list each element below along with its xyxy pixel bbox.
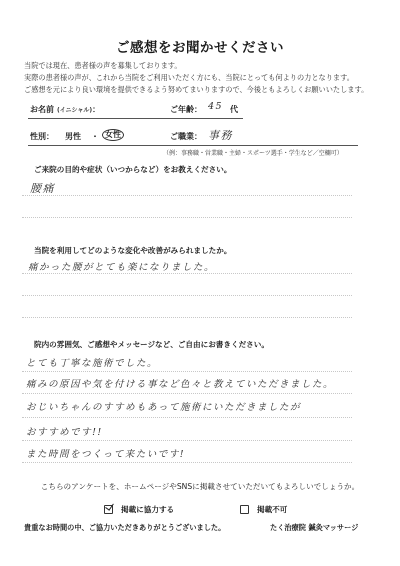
answer-line xyxy=(22,195,352,196)
consent-decline-label: 掲載不可 xyxy=(257,505,287,514)
answer-line xyxy=(22,217,352,218)
answer-line xyxy=(22,371,352,372)
question-1-answer-line-1[interactable]: 腰痛 xyxy=(30,180,55,196)
gender-separator: ・ xyxy=(91,131,99,142)
occupation-example: （例：事務職・営業職・主婦・スポーツ選手・学生など／空欄可） xyxy=(163,148,343,157)
consent-option-agree[interactable]: 掲載に協力する xyxy=(104,499,174,518)
consent-agree-label: 掲載に協力する xyxy=(121,505,174,514)
answer-line xyxy=(22,295,352,296)
question-2-answer-line-1[interactable]: 痛かった腰がとても楽になりました。 xyxy=(28,259,215,273)
age-label: ご年齢： xyxy=(170,104,202,115)
answer-line xyxy=(22,417,352,418)
gender-label: 性別： xyxy=(30,131,54,142)
question-3-answer-line-4[interactable]: おすすめです!! xyxy=(26,424,103,438)
intro-line-3: ご感想を元により良い環境を提供できるよう努めてまいりますので、今後ともよろしくお… xyxy=(24,85,368,95)
question-3-answer-line-5[interactable]: また時間をつくって来たいです! xyxy=(26,446,185,460)
circled-selection: 女性 xyxy=(102,129,124,141)
name-age-underline xyxy=(28,118,243,119)
footer-clinic-name: たく治療院 鍼灸マッサージ xyxy=(270,523,358,533)
answer-line xyxy=(22,440,352,441)
name-label: お名前(イニシャル)： xyxy=(30,104,100,115)
page-title: ご感想をお聞かせください xyxy=(0,36,400,56)
answer-line xyxy=(22,462,352,463)
age-unit: 代 xyxy=(230,104,238,115)
consent-prompt: こちらのアンケートを、ホームページやSNSに掲載させていただいてもよろしいでしょ… xyxy=(0,481,400,492)
question-2-prompt: 当院を利用してどのような変化や改善がみられましたか。 xyxy=(34,245,231,256)
occupation-value[interactable]: 事務 xyxy=(208,127,233,143)
gender-option-female[interactable]: 女性 xyxy=(102,129,124,141)
gender-option-male[interactable]: 男性 xyxy=(65,131,81,142)
question-1-prompt: ご来院の目的や症状（いつからなど）をお教えください。 xyxy=(34,164,231,175)
question-3-answer-line-1[interactable]: とても丁寧な施術でした。 xyxy=(26,355,158,369)
footer-thanks: 貴重なお時間の中、ご協力いただきありがとうございました。 xyxy=(24,523,225,533)
consent-option-decline[interactable]: 掲載不可 xyxy=(240,499,287,518)
age-value[interactable]: 45 xyxy=(208,101,223,112)
checkbox-empty-icon[interactable] xyxy=(240,505,249,514)
intro-line-1: 当院では現在、患者様の声を募集しております。 xyxy=(24,61,182,71)
occupation-label: ご職業： xyxy=(170,131,202,142)
intro-line-2: 実際の患者様の声が、これから当院をご利用いただく方にも、当院にとっても何よりの力… xyxy=(24,73,354,83)
gender-occupation-underline xyxy=(28,145,358,146)
question-3-answer-line-3[interactable]: おじいちゃんのすすめもあって施術にいただきましたが xyxy=(26,399,301,413)
question-3-answer-line-2[interactable]: 痛みの原因や気を付ける事など色々と教えていただきました。 xyxy=(26,376,334,390)
answer-line xyxy=(22,393,352,394)
question-3-prompt: 院内の雰囲気、ご感想やメッセージなど、ご自由にお書きください。 xyxy=(34,339,269,350)
answer-line xyxy=(22,273,352,274)
checkbox-checked-icon[interactable] xyxy=(104,505,113,514)
answer-line xyxy=(22,317,352,318)
name-sub-label: (イニシャル) xyxy=(57,107,92,114)
